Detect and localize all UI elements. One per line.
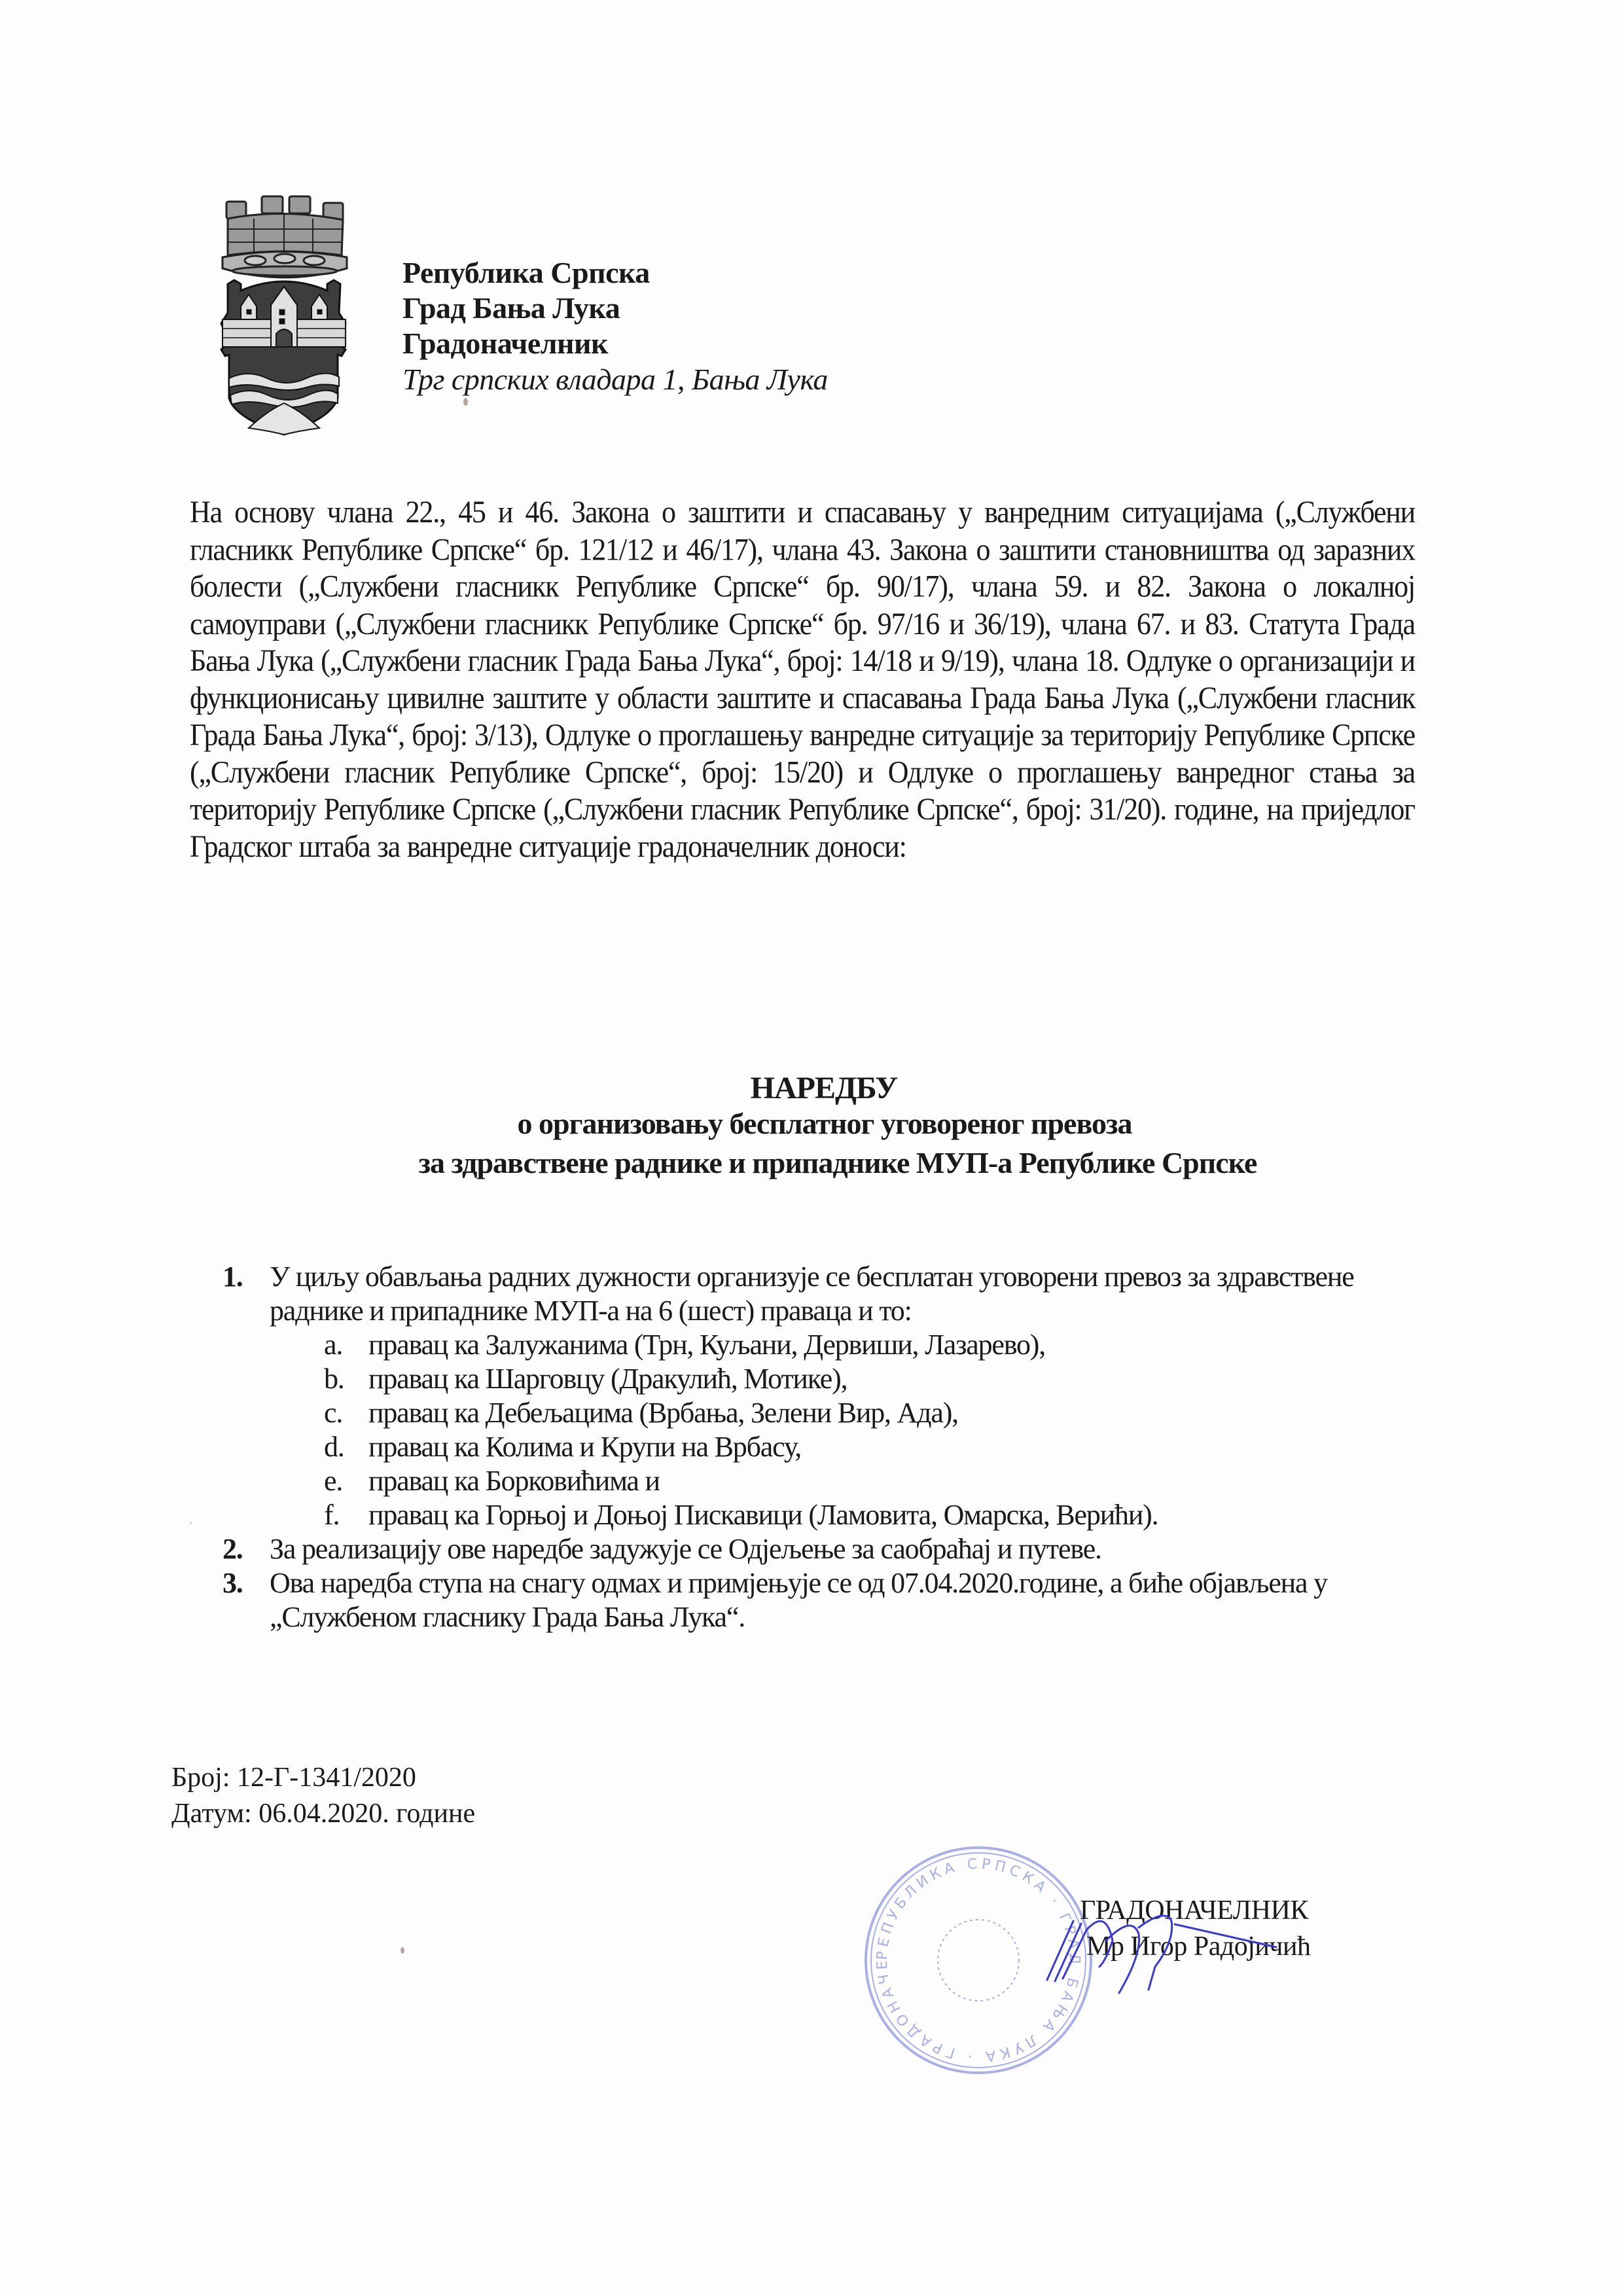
item-number: 2.: [223, 1532, 243, 1566]
mural-crown-icon: [223, 196, 347, 278]
route-text: правац ка Шарговцу (Дракулић, Мотике),: [368, 1363, 847, 1395]
item-text: У циљу обављања радних дужности организу…: [270, 1260, 1420, 1328]
route-letter: c.: [324, 1396, 342, 1430]
route-text: правац ка Горњој и Доњој Пискавици (Ламо…: [368, 1499, 1158, 1531]
item-number: 3.: [223, 1566, 243, 1600]
route-letter: e.: [324, 1464, 342, 1498]
order-items-list: 1. У циљу обављања радних дужности орган…: [223, 1260, 1420, 1634]
route-item: f. правац ка Горњој и Доњој Пискавици (Л…: [272, 1498, 1420, 1532]
handwritten-signature: [1008, 1901, 1283, 2000]
route-item: b. правац ка Шарговцу (Дракулић, Мотике)…: [272, 1362, 1420, 1396]
scan-speck: [401, 1947, 404, 1954]
route-letter: f.: [324, 1498, 339, 1532]
item-text: Ова наредба ступа на снагу одмах и примј…: [270, 1566, 1420, 1634]
scan-speck: [463, 398, 468, 406]
document-subtitle-line-1: о организовању бесплатног уговореног пре…: [0, 1106, 1623, 1141]
route-letter: d.: [324, 1430, 344, 1464]
route-item: a. правац ка Залужанима (Трн, Куљани, Де…: [272, 1328, 1420, 1362]
route-item: c. правац ка Дебељацима (Врбања, Зелени …: [272, 1396, 1420, 1430]
preamble-paragraph: На основу члана 22., 45 и 46. Закона о з…: [190, 494, 1415, 865]
route-text: правац ка Дебељацима (Врбања, Зелени Вир…: [368, 1397, 958, 1429]
reference-number: Број: 12-Г-1341/2020: [171, 1761, 416, 1795]
route-text: правац ка Борковићима и: [368, 1465, 660, 1497]
document-title: НАРЕДБУ: [0, 1070, 1623, 1106]
shield-icon: [221, 280, 346, 435]
routes-sublist: a. правац ка Залужанима (Трн, Куљани, Де…: [223, 1328, 1420, 1532]
order-item: 3. Ова наредба ступа на снагу одмах и пр…: [223, 1566, 1420, 1634]
route-letter: b.: [324, 1362, 344, 1396]
route-item: d. правац ка Колима и Крупи на Врбасу,: [272, 1430, 1420, 1464]
route-text: правац ка Колима и Крупи на Врбасу,: [368, 1431, 801, 1463]
header-city: Град Бања Лука: [402, 291, 620, 326]
item-text: За реализацију ове наредбе задужује се О…: [270, 1532, 1420, 1566]
route-letter: a.: [324, 1328, 342, 1362]
header-republic: Република Српска: [402, 255, 650, 291]
coat-of-arms-emblem: [208, 195, 360, 439]
document-subtitle-line-2: за здравствене раднике и припаднике МУП-…: [0, 1145, 1623, 1180]
route-text: правац ка Залужанима (Трн, Куљани, Дерви…: [368, 1329, 1045, 1361]
scan-speck: [190, 1522, 192, 1524]
order-item: 2. За реализацију ове наредбе задужује с…: [223, 1532, 1420, 1566]
reference-date: Датум: 06.04.2020. године: [171, 1797, 475, 1831]
header-address: Трг српских владара 1, Бања Лука: [402, 362, 828, 397]
order-item: 1. У циљу обављања радних дужности орган…: [223, 1260, 1420, 1328]
header-office: Градоначелник: [402, 326, 608, 361]
item-number: 1.: [223, 1260, 243, 1294]
route-item: e. правац ка Борковићима и: [272, 1464, 1420, 1498]
